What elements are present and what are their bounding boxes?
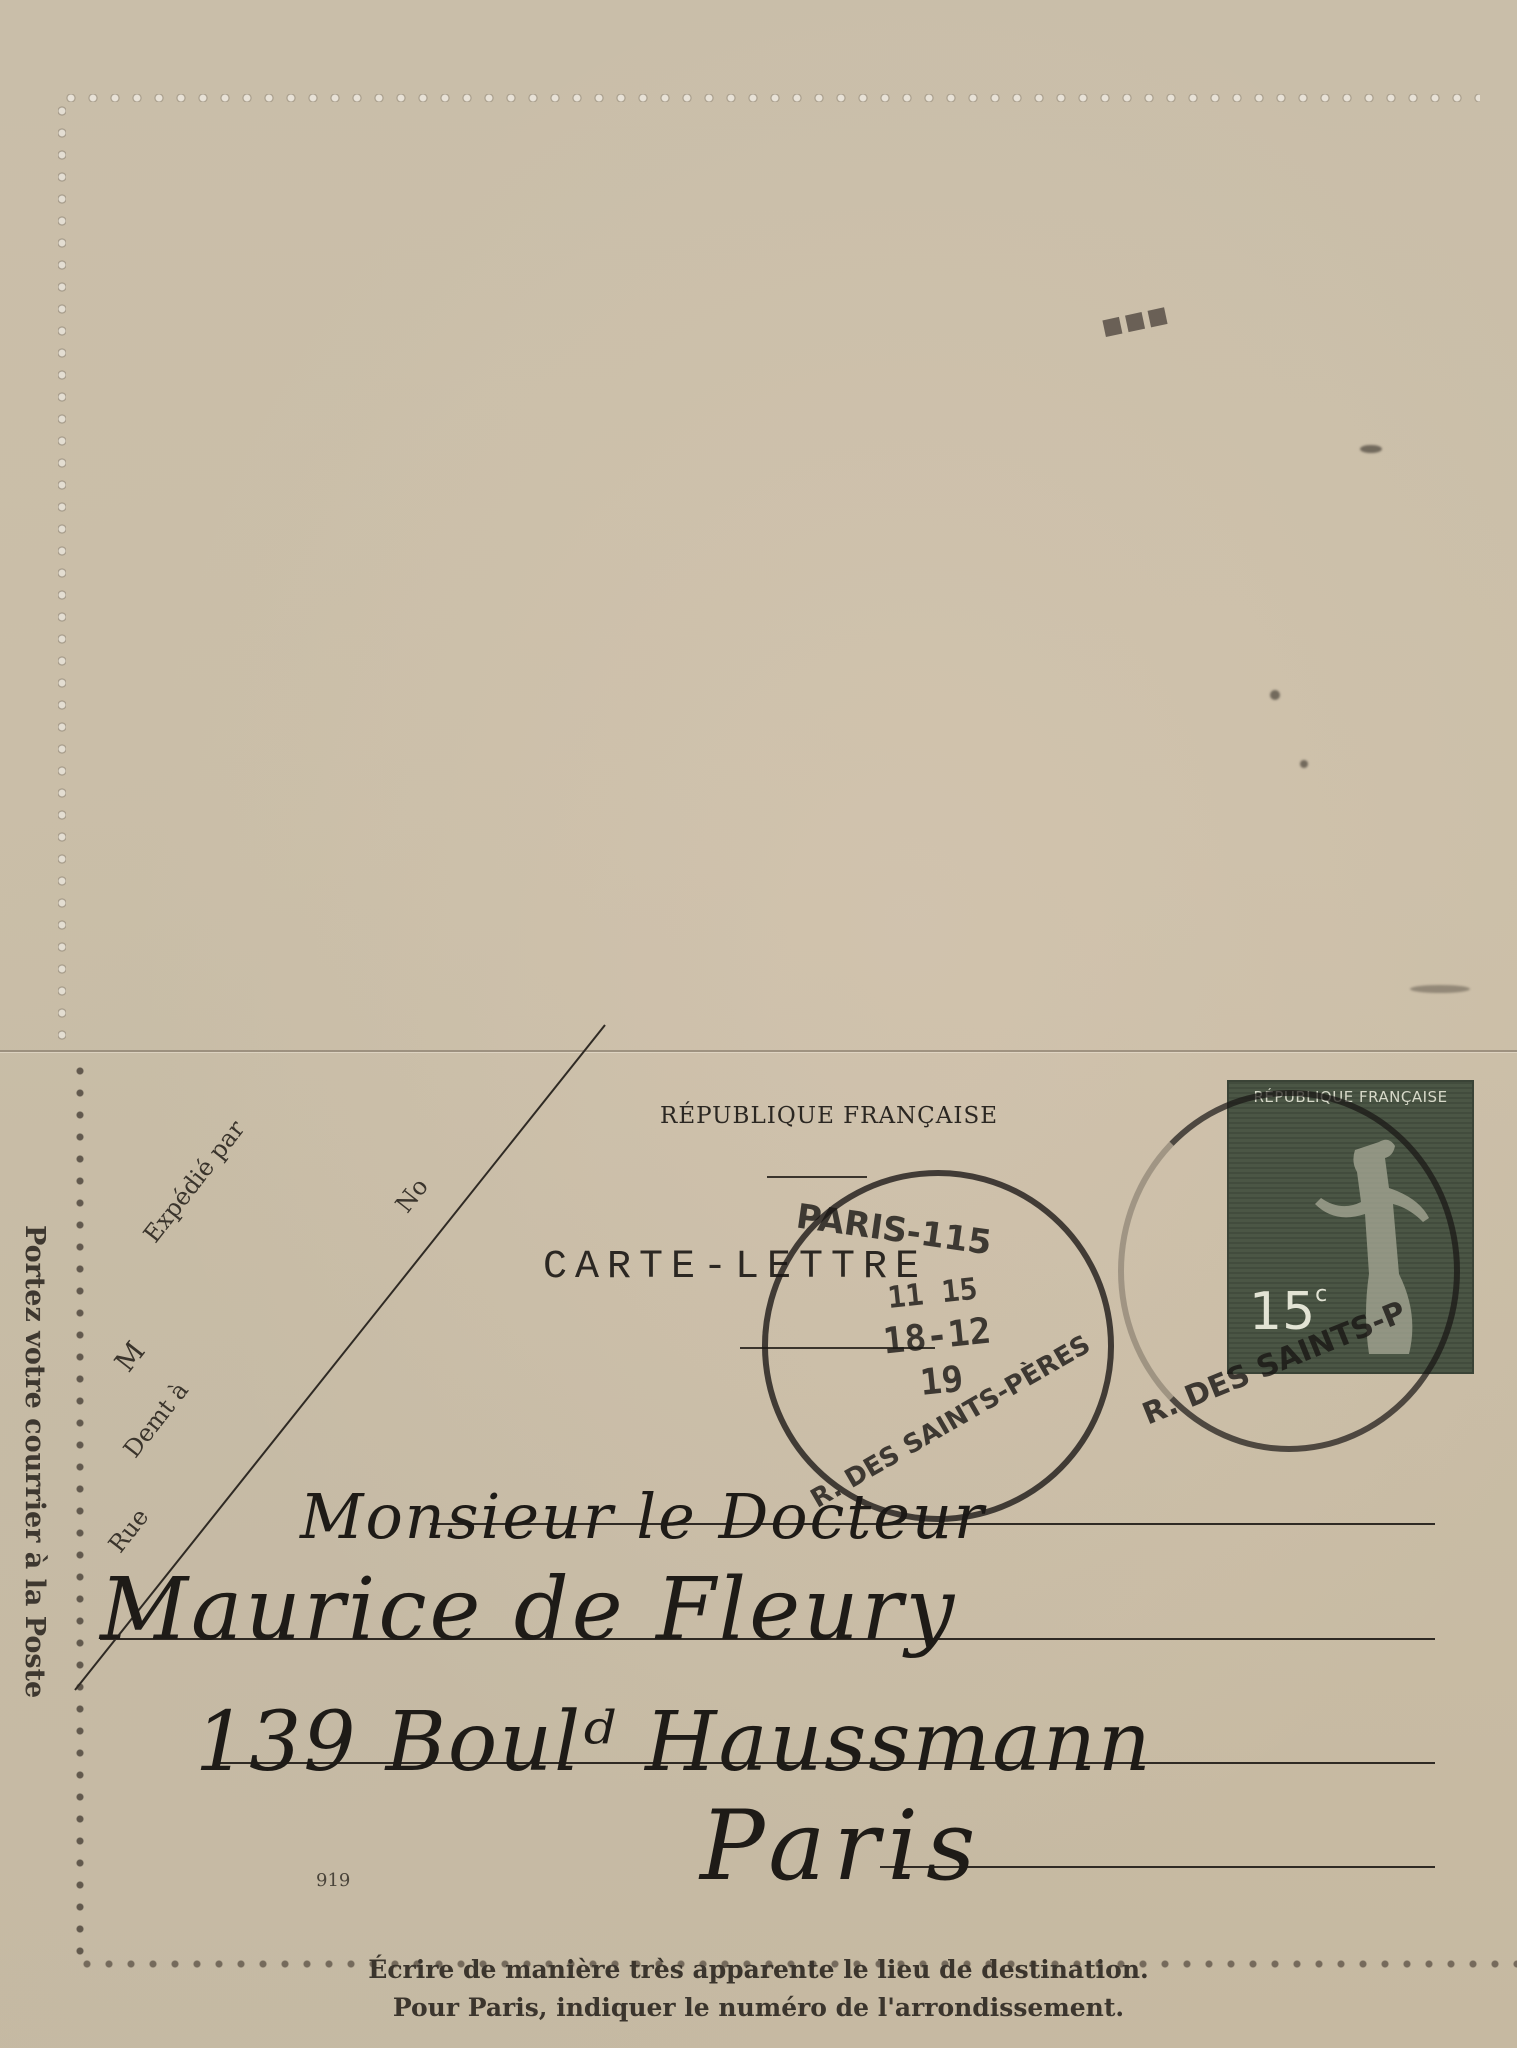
letter-card: ▪▪▪ RÉPUBLIQUE FRANÇAISE CARTE-LETTRE Ex… xyxy=(0,0,1517,2048)
address-name: Maurice de Fleury xyxy=(100,1560,957,1660)
side-note: Portez votre courrier à la Poste xyxy=(10,1225,50,1875)
side-note-text: Portez votre courrier à la Poste xyxy=(19,1225,50,1698)
address-city: Paris xyxy=(700,1790,983,1902)
footer-instruction-1: Écrire de manière très apparente le lieu… xyxy=(0,1955,1517,1984)
postmark-ring-top: PARIS-115 xyxy=(794,1196,994,1263)
postmark-b-ring-bottom: R. DES SAINTS-P xyxy=(1138,1295,1411,1433)
print-number: 919 xyxy=(316,1870,350,1891)
address-street: 139 Boulᵈ Haussmann xyxy=(195,1695,1153,1790)
footer-instruction-2: Pour Paris, indiquer le numéro de l'arro… xyxy=(0,1993,1517,2022)
postmark-stamp-cancel: R. DES SAINTS-P xyxy=(1118,1090,1460,1452)
